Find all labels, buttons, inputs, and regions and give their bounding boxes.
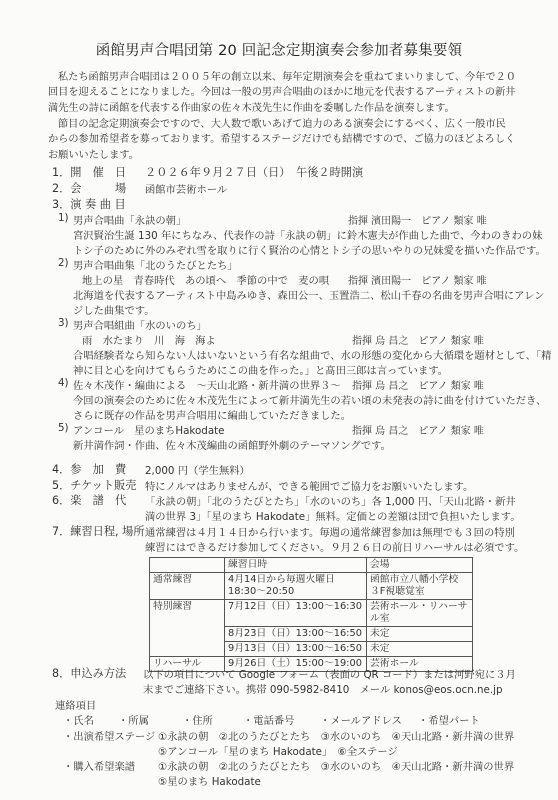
program-1-desc-2: トシ子のために外のみぞれ雪を取りに行く賢治の心情とトシ子の思いやりの兄妹愛を描い… xyxy=(73,242,546,257)
fee-value: 2,000 円（学生無料） xyxy=(145,462,250,477)
program-2-desc-1: 北海道を代表するアーティスト中島みゆき、森田公一、玉置浩二、松山千春の名曲を男声… xyxy=(73,287,544,302)
stage-options-1: ①永訣の朝 ②北のうたびとたち ③水のいのち ④天山北路・新井満の世界 xyxy=(158,728,514,743)
table-header-cell: 練習日時 xyxy=(225,558,367,573)
apply-label: 8．申込み方法 xyxy=(52,665,126,681)
program-3-desc-2: 神に目と心を向けてもらうためにこの曲を作った。」と髙田三郎は言っています。 xyxy=(73,362,448,377)
program-1-title: 男声合唱曲「永訣の朝」 xyxy=(73,212,186,227)
program-3-title: 男声合唱組曲「水のいのち」 xyxy=(73,317,207,332)
intro-paragraph-1: 私たち函館男声合唱団は２００５年の創立以来、毎年定期演奏会を重ねてまいりまして、… xyxy=(48,70,516,116)
practice-place: 芸術ホール・リハーサル室 xyxy=(367,600,473,627)
program-4-title: 佐々木茂作・編曲による ～天山北路・新井満の世界３～ xyxy=(73,377,341,392)
purchase-options-2: ⑤星のまち Hakodate xyxy=(158,773,261,788)
venue-label: 2．会 場 xyxy=(52,180,126,196)
program-3-songs: 雨 水たまり 川 海 海よ xyxy=(82,332,216,347)
practice-schedule-table: 練習日時 会場 通常練習 4月14日から毎週火曜日 18:30～20:50 函館… xyxy=(149,557,473,672)
program-3-performers: 指揮 烏 昌之 ピアノ 類家 唯 xyxy=(352,332,484,347)
practice-type: 特別練習 xyxy=(150,600,225,657)
program-label: 3．演 奏 曲 目 xyxy=(52,196,126,212)
program-5-performers: 指揮 烏 昌之 ピアノ 類家 唯 xyxy=(352,422,484,437)
practice-time: 4月14日から毎週火曜日 18:30～20:50 xyxy=(225,573,367,600)
date-label: 1．開 催 日 xyxy=(52,164,126,180)
practice-type: 通常練習 xyxy=(150,573,225,600)
practice-time: 8月23日（日）13:00～16:50 xyxy=(225,627,367,642)
stage-options-2: ⑤アンコール「星のまち Hakodate」 ⑥全ステージ xyxy=(158,743,398,758)
apply-value-2: 末までご連絡下さい。携帯 090-5982-8410 メール konos@eos… xyxy=(143,681,503,696)
practice-value-1: 通常練習は４月１４日から行います。毎週の通常練習参加は無理でも３回の特別 xyxy=(145,524,515,539)
program-1-desc-1: 宮沢賢治生誕 130 年にちなみ、代表作の詩「永訣の朝」に鈴木憲夫が作曲した曲で… xyxy=(73,227,542,242)
practice-time: 9月13日（日）13:00～16:50 xyxy=(225,642,367,657)
program-5-number: 5) xyxy=(58,422,69,434)
document-title: 函館男声合唱団第 20 回記念定期演奏会参加者募集要領 xyxy=(0,39,558,60)
contact-field-email: ・メールアドレス xyxy=(320,712,402,727)
score-value-2: 満の世界 3」「星のまち Hakodate」無料。定価との差額は団で負担いたしま… xyxy=(145,508,521,523)
practice-time: 7月12日（日）13:00～16:30 xyxy=(225,600,367,627)
program-1-number: 1) xyxy=(58,212,69,224)
program-4-performers: 指揮 烏 昌之 ピアノ 類家 唯 xyxy=(352,377,484,392)
table-row: 通常練習 4月14日から毎週火曜日 18:30～20:50 函館市立八幡小学校 … xyxy=(150,573,473,600)
contact-field-phone: ・電話番号 xyxy=(243,712,294,727)
contact-heading: 連絡項目 xyxy=(55,697,96,712)
ticket-label: 5．チケット販売 xyxy=(52,477,136,493)
contact-field-name: ・氏名 xyxy=(63,712,94,727)
table-header-cell: 会場 xyxy=(367,558,473,573)
program-4-number: 4) xyxy=(58,377,69,389)
practice-time-line-2: 18:30～20:50 xyxy=(228,586,363,598)
intro-paragraph-2: 節目の記念定期演奏会ですので、大人数で歌いあげて迫力のある演奏会にするべく、広く… xyxy=(48,117,516,163)
practice-place: 函館市立八幡小学校 ３F視聴覚室 xyxy=(367,573,473,600)
practice-place: 未定 xyxy=(367,642,473,657)
program-5-title: アンコール 星のまちHakodate xyxy=(73,422,225,437)
apply-value-1: 以下の項目について Google フォーム（表面の QR コード）または河野宛に… xyxy=(143,666,516,681)
practice-place-line-1: 函館市立八幡小学校 xyxy=(370,574,469,586)
venue-value: 函館市芸術ホール xyxy=(145,181,227,196)
practice-label: 7．練習日程, 場所 xyxy=(52,523,145,539)
program-2-number: 2) xyxy=(58,257,69,269)
practice-place: 未定 xyxy=(367,627,473,642)
fee-label: 4．参 加 費 xyxy=(52,461,126,477)
contact-field-address: ・住所 xyxy=(182,712,213,727)
table-header-cell xyxy=(150,558,225,573)
table-row: 特別練習 7月12日（日）13:00～16:30 芸術ホール・リハーサル室 xyxy=(150,600,473,627)
program-2-desc-2: ジした曲集です。 xyxy=(73,302,155,317)
program-2-songs: 地上の星 青春時代 あの頃へ 季節の中で 麦の唄 xyxy=(82,272,329,287)
practice-value-2: 練習にはできるだけ参加してください。９月２６日の前日リハーサルは必須です。 xyxy=(145,539,524,554)
program-5-desc-1: 新井満作詞・作曲、佐々木茂編曲の函館野外劇のテーマソングです。 xyxy=(73,437,391,452)
purchase-options-1: ①永訣の朝 ②北のうたびとたち ③水のいのち ④天山北路・新井満の世界 xyxy=(158,758,514,773)
score-value-1: 「永訣の朝」「北のうたびとたち」「水のいのち」各 1,000 円、「天山北路・新… xyxy=(145,493,516,508)
score-label: 6．楽 譜 代 xyxy=(52,492,126,508)
purchase-label: ・購入希望楽譜 xyxy=(63,758,135,773)
contact-field-affiliation: ・所属 xyxy=(118,712,149,727)
program-3-desc-1: 合唱経験者なら知らない人はいないという有名な組曲で、水の形態の変化から大循環を題… xyxy=(73,347,551,362)
contact-field-part: ・希望パート xyxy=(418,712,480,727)
program-2-title: 男声合唱曲集「北のうたびとたち」 xyxy=(73,257,238,272)
practice-time-line-1: 4月14日から毎週火曜日 xyxy=(228,574,363,586)
table-header-row: 練習日時 会場 xyxy=(150,558,473,573)
program-1-performers: 指揮 濱田陽一 ピアノ 類家 唯 xyxy=(348,212,487,227)
date-value: ２０２６年９月２７日（日） 午後２時開演 xyxy=(145,164,363,180)
program-4-desc-1: 今回の演奏会のために佐々木茂先生によって新井満先生の若い頃の未発表の詩に曲を付け… xyxy=(73,392,546,407)
stage-label: ・出演希望ステージ xyxy=(63,728,155,743)
program-3-number: 3) xyxy=(58,317,69,329)
program-4-desc-2: さらに既存の作品を男声合唱用に編曲していただきました。 xyxy=(73,407,351,422)
program-2-performers: 指揮 濱田陽一 ピアノ 類家 唯 xyxy=(348,272,487,287)
ticket-value: 特にノルマはありませんが、できる範囲でご協力をお願いいたします。 xyxy=(145,478,473,493)
practice-place-line-2: ３F視聴覚室 xyxy=(370,586,469,598)
